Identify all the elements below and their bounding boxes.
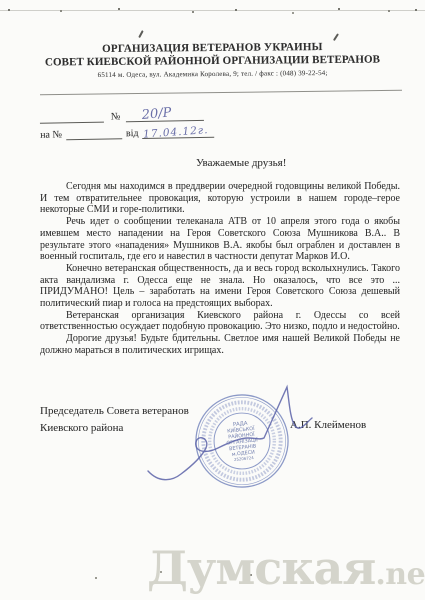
reference-row-number: № 20/Р <box>40 106 240 123</box>
paragraph: Речь идет о сообщении телеканала АТВ от … <box>40 216 400 263</box>
signature <box>140 378 325 503</box>
number-label: № <box>111 111 121 122</box>
scan-artifact-line <box>0 10 425 11</box>
reply-label: на № <box>40 129 62 140</box>
handwritten-number: 20/Р <box>141 105 172 123</box>
watermark-tld: .net <box>375 557 425 592</box>
blank-underline <box>40 110 104 124</box>
org-name-line2: СОВЕТ КИЕВСКОЙ РАЙОННОЙ ОРГАНИЗАЦИИ ВЕТЕ… <box>0 53 425 69</box>
paragraph: Конечно ветеранская общественность, да и… <box>40 263 400 310</box>
paragraph: Дорогие друзья! Будьте бдительны. Светло… <box>40 333 400 356</box>
scan-specks-bottom <box>0 0 2 2</box>
salutation: Уважаемые друзья! <box>196 157 286 169</box>
number-underline: 20/Р <box>125 108 203 122</box>
letterhead-divider <box>40 90 402 95</box>
handwritten-date: 17.04.12г. <box>143 124 209 141</box>
org-address: 65114 м. Одеса, вул. Академика Королева,… <box>0 68 425 80</box>
signature-stroke <box>148 387 312 480</box>
paragraph: Ветеранская организация Киевского района… <box>40 310 400 333</box>
watermark-site-name: Думская <box>147 541 375 595</box>
date-label: від <box>126 128 139 139</box>
reference-row-date: на № від 17.04.12г. <box>40 123 240 140</box>
scanned-letter-page: ОРГАНИЗАЦИЯ ВЕТЕРАНОВ УКРАИНЫ СОВЕТ КИЕВ… <box>0 0 425 600</box>
letterhead: ОРГАНИЗАЦИЯ ВЕТЕРАНОВ УКРАИНЫ СОВЕТ КИЕВ… <box>0 40 425 80</box>
scan-tick-mark <box>333 33 339 41</box>
blank-underline <box>66 126 122 140</box>
watermark: Думская.net <box>147 541 425 595</box>
letter-body: Сегодня мы находимся в преддверии очеред… <box>40 181 400 357</box>
paragraph: Сегодня мы находимся в преддверии очеред… <box>40 181 400 216</box>
reference-block: № 20/Р на № від 17.04.12г. <box>40 106 241 143</box>
scan-tick-mark <box>138 30 143 38</box>
date-underline: 17.04.12г. <box>142 125 214 139</box>
